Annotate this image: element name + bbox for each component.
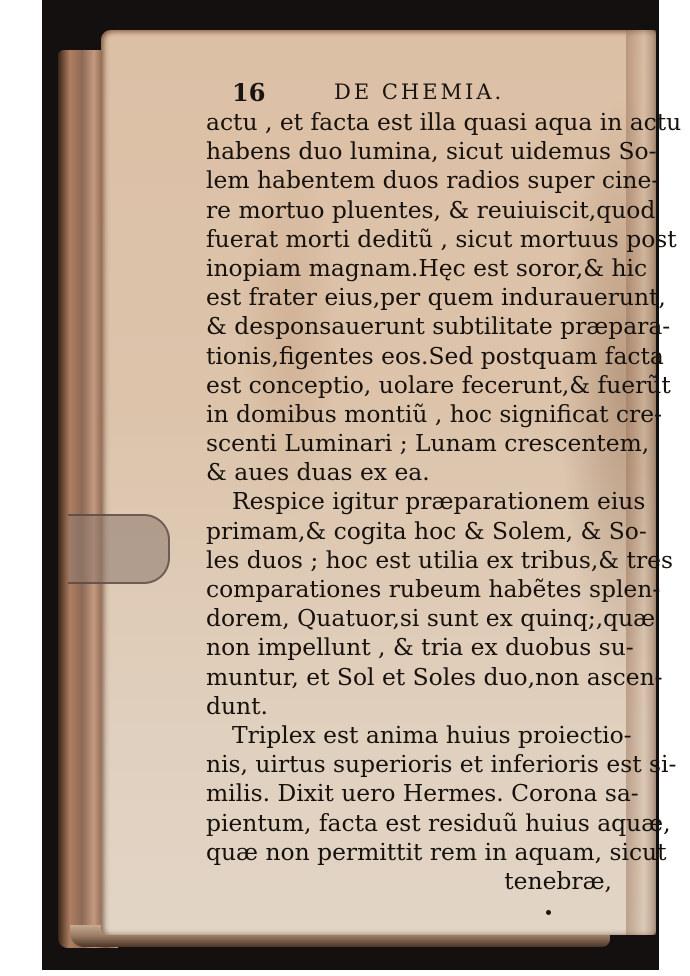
text-line: lem habentem duos radios super cine- <box>206 166 612 195</box>
catchword: tenebræ, <box>206 867 612 896</box>
text-line: milis. Dixit uero Hermes. Corona sa- <box>206 779 612 808</box>
text-line: dorem, Quatuor,si sunt ex quinq;,quæ <box>206 604 612 633</box>
text-line: primam,& cogita hoc & Solem, & So- <box>206 517 612 546</box>
text-line: non impellunt , & tria ex duobus su- <box>206 633 612 662</box>
paragraph-start-line: Triplex est anima huius proiectio- <box>206 721 612 750</box>
text-line: in domibus montiũ , hoc significat cre- <box>206 400 612 429</box>
text-line: est frater eius,per quem indurauerunt, <box>206 283 612 312</box>
running-title: DE CHEMIA. <box>334 80 504 104</box>
text-line: & aues duas ex ea. <box>206 458 612 487</box>
text-line: scenti Luminari ; Lunam crescentem, <box>206 429 612 458</box>
page-number: 16 <box>232 78 265 107</box>
text-line: les duos ; hoc est utilia ex tribus,& tr… <box>206 546 612 575</box>
body-text: actu , et facta est illa quasi aqua in a… <box>206 108 612 896</box>
paragraph-start-line: Respice igitur præparationem eius <box>206 487 612 516</box>
text-line: pientum, facta est residuũ huius aquæ, <box>206 809 612 838</box>
text-line: habens duo lumina, sicut uidemus So- <box>206 137 612 166</box>
text-line: fuerat morti deditũ , sicut mortuus post <box>206 225 612 254</box>
page-marker-tab <box>68 514 170 584</box>
text-line: est conceptio, uolare fecerunt,& fuerũt <box>206 371 612 400</box>
text-line: dunt. <box>206 692 612 721</box>
text-line: & desponsauerunt subtilitate præpara- <box>206 312 612 341</box>
text-line: quæ non permittit rem in aquam, sicut <box>206 838 612 867</box>
text-line: muntur, et Sol et Soles duo,non ascen- <box>206 663 612 692</box>
text-line: tionis,figentes eos.Sed postquam facta <box>206 342 612 371</box>
text-line: comparationes rubeum habẽtes splen- <box>206 575 612 604</box>
page-header: 16 DE CHEMIA. <box>232 78 622 108</box>
text-line: re mortuo pluentes, & reuiuiscit,quod <box>206 196 612 225</box>
text-line: nis, uirtus superioris et inferioris est… <box>206 750 612 779</box>
ink-dot <box>546 910 551 915</box>
text-line: inopiam magnam.Hęc est soror,& hic <box>206 254 612 283</box>
text-line: actu , et facta est illa quasi aqua in a… <box>206 108 612 137</box>
